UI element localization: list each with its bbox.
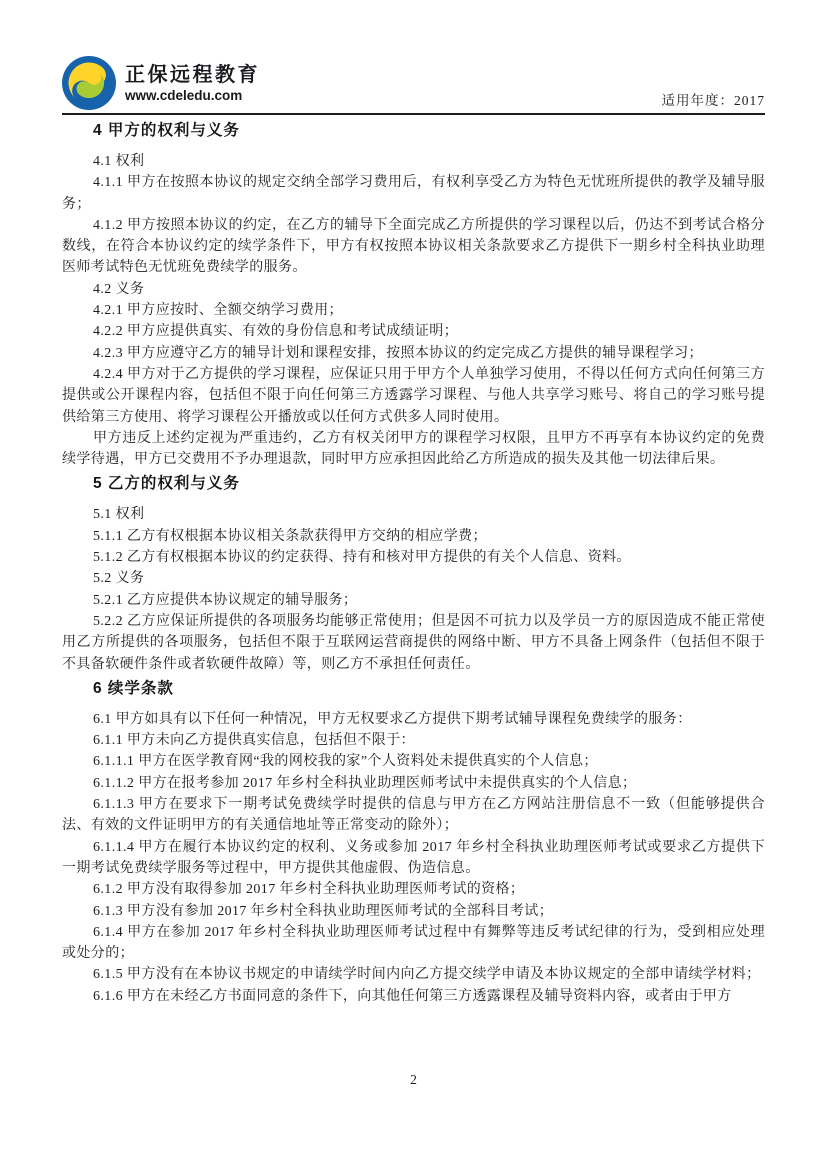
- contract-paragraph: 6.1.1.3 甲方在要求下一期考试免费续学时提供的信息与甲方在乙方网站注册信息…: [62, 794, 765, 837]
- contract-paragraph: 6.1 甲方如具有以下任何一种情况，甲方无权要求乙方提供下期考试辅导课程免费续学…: [62, 709, 765, 730]
- brand-url: www.cdeledu.com: [125, 88, 260, 104]
- contract-paragraph: 6.1.3 甲方没有参加 2017 年乡村全科执业助理医师考试的全部科目考试；: [62, 901, 765, 922]
- contract-paragraph: 4.2.1 甲方应按时、全额交纳学习费用；: [62, 300, 765, 321]
- contract-paragraph: 5.1.2 乙方有权根据本协议的约定获得、持有和核对甲方提供的有关个人信息、资料…: [62, 547, 765, 568]
- contract-paragraph: 4.2 义务: [62, 279, 765, 300]
- contract-body: 4 甲方的权利与义务4.1 权利4.1.1 甲方在按照本协议的规定交纳全部学习费…: [62, 120, 765, 1007]
- contract-paragraph: 6.1.1.2 甲方在报考参加 2017 年乡村全科执业助理医师考试中未提供真实…: [62, 773, 765, 794]
- contract-paragraph: 5.2 义务: [62, 568, 765, 589]
- contract-paragraph: 5.2.2 乙方应保证所提供的各项服务均能够正常使用；但是因不可抗力以及学员一方…: [62, 611, 765, 675]
- brand-swirl-icon: [62, 56, 116, 110]
- contract-paragraph: 6.1.6 甲方在未经乙方书面同意的条件下，向其他任何第三方透露课程及辅导资料内…: [62, 986, 765, 1007]
- contract-paragraph: 4.1.2 甲方按照本协议的约定，在乙方的辅导下全面完成乙方所提供的学习课程以后…: [62, 215, 765, 279]
- contract-paragraph: 4.1 权利: [62, 151, 765, 172]
- brand-logo: 正保远程教育 www.cdeledu.com: [62, 56, 260, 110]
- contract-paragraph: 6.1.1.1 甲方在医学教育网“我的网校我的家”个人资料处未提供真实的个人信息…: [62, 751, 765, 772]
- contract-paragraph: 4.2.2 甲方应提供真实、有效的身份信息和考试成绩证明；: [62, 321, 765, 342]
- page-number: 2: [410, 1072, 417, 1087]
- applicable-year-label: 适用年度：2017: [662, 89, 766, 110]
- contract-paragraph: 6.1.1 甲方未向乙方提供真实信息，包括但不限于：: [62, 730, 765, 751]
- contract-paragraph: 6.1.5 甲方没有在本协议书规定的申请续学时间内向乙方提交续学申请及本协议规定…: [62, 964, 765, 985]
- header-divider: [62, 113, 765, 115]
- page-header: 正保远程教育 www.cdeledu.com 适用年度：2017: [62, 52, 765, 110]
- contract-paragraph: 5.1.1 乙方有权根据本协议相关条款获得甲方交纳的相应学费；: [62, 526, 765, 547]
- section-heading-4: 4 甲方的权利与义务: [62, 120, 765, 141]
- contract-paragraph: 4.1.1 甲方在按照本协议的规定交纳全部学习费用后，有权利享受乙方为特色无忧班…: [62, 172, 765, 215]
- page-footer: 2: [0, 1072, 827, 1088]
- document-page: 正保远程教育 www.cdeledu.com 适用年度：2017 4 甲方的权利…: [0, 0, 827, 1169]
- contract-paragraph: 4.2.4 甲方对于乙方提供的学习课程，应保证只用于甲方个人单独学习使用，不得以…: [62, 364, 765, 428]
- section-heading-5: 5 乙方的权利与义务: [62, 473, 765, 494]
- contract-paragraph: 6.1.1.4 甲方在履行本协议约定的权利、义务或参加 2017 年乡村全科执业…: [62, 837, 765, 880]
- contract-paragraph: 4.2.3 甲方应遵守乙方的辅导计划和课程安排，按照本协议的约定完成乙方提供的辅…: [62, 343, 765, 364]
- contract-paragraph: 5.1 权利: [62, 504, 765, 525]
- contract-section-5: 5 乙方的权利与义务5.1 权利5.1.1 乙方有权根据本协议相关条款获得甲方交…: [62, 473, 765, 674]
- contract-paragraph: 5.2.1 乙方应提供本协议规定的辅导服务；: [62, 590, 765, 611]
- contract-section-6: 6 续学条款6.1 甲方如具有以下任何一种情况，甲方无权要求乙方提供下期考试辅导…: [62, 678, 765, 1007]
- contract-paragraph: 甲方违反上述约定视为严重违约，乙方有权关闭甲方的课程学习权限，且甲方不再享有本协…: [62, 428, 765, 471]
- brand-text-block: 正保远程教育 www.cdeledu.com: [125, 62, 260, 104]
- contract-section-4: 4 甲方的权利与义务4.1 权利4.1.1 甲方在按照本协议的规定交纳全部学习费…: [62, 120, 765, 470]
- contract-paragraph: 6.1.4 甲方在参加 2017 年乡村全科执业助理医师考试过程中有舞弊等违反考…: [62, 922, 765, 965]
- section-heading-6: 6 续学条款: [62, 678, 765, 699]
- brand-name: 正保远程教育: [125, 62, 260, 88]
- contract-paragraph: 6.1.2 甲方没有取得参加 2017 年乡村全科执业助理医师考试的资格；: [62, 879, 765, 900]
